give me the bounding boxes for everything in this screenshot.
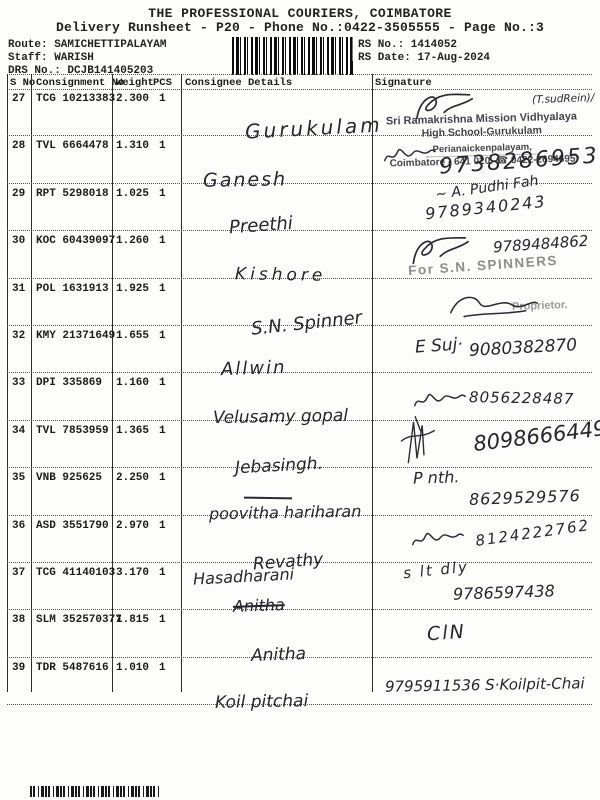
consignee-handwriting-struck: Anitha bbox=[233, 595, 285, 616]
signature-scribble-icon bbox=[445, 289, 541, 323]
cell-weight: 1.815 bbox=[116, 614, 149, 626]
cell-consignment-no: VNB 925625 bbox=[36, 472, 102, 484]
column-header-signature: Signature bbox=[375, 77, 432, 89]
column-header-pcs: PCS bbox=[153, 77, 172, 89]
consignee-handwriting: Anitha bbox=[251, 644, 307, 666]
table-row: 35 VNB 925625 2.250 1 poovitha hariharan… bbox=[7, 468, 592, 515]
delivery-runsheet-document: THE PROFESSIONAL COURIERS, COIMBATORE De… bbox=[0, 0, 600, 800]
consignee-handwriting: Koil pitchai bbox=[215, 691, 309, 713]
signature-handwriting: P nth. bbox=[413, 467, 460, 488]
cell-pcs: 1 bbox=[159, 188, 166, 200]
signature-scribble-icon bbox=[409, 526, 465, 554]
barcode-icon bbox=[30, 786, 160, 797]
cell-sno: 34 bbox=[12, 425, 25, 437]
column-header-consignee: Consignee Details bbox=[185, 77, 292, 89]
consignee-handwriting: Ganesh bbox=[203, 168, 287, 191]
rs-date-field: RS Date: 17-Aug-2024 bbox=[358, 52, 490, 64]
cell-pcs: 1 bbox=[159, 662, 166, 674]
cell-pcs: 1 bbox=[159, 330, 166, 342]
page-title: THE PROFESSIONAL COURIERS, COIMBATORE bbox=[0, 6, 600, 21]
signature-phone-handwriting: 8124222762 bbox=[474, 516, 591, 550]
cell-sno: 27 bbox=[12, 93, 25, 105]
table-header-row: S No Consignment No Weight PCS Consignee… bbox=[7, 74, 592, 90]
cell-pcs: 1 bbox=[159, 614, 166, 626]
table-row: 36 ASD 3551790 2.970 1 Revathy 812422276… bbox=[7, 516, 592, 563]
cell-weight: 2.970 bbox=[116, 520, 149, 532]
consignee-handwriting: Allwin bbox=[221, 357, 287, 380]
cell-consignment-no: TCG 10213383 bbox=[36, 93, 115, 105]
column-header-weight: Weight bbox=[116, 77, 154, 89]
cell-sno: 37 bbox=[12, 567, 25, 579]
cell-sno: 35 bbox=[12, 472, 25, 484]
cell-weight: 1.260 bbox=[116, 235, 149, 247]
cell-pcs: 1 bbox=[159, 425, 166, 437]
cell-pcs: 1 bbox=[159, 140, 166, 152]
table-row: 29 RPT 5298018 1.025 1 Preethi ~ A. Pudh… bbox=[7, 184, 592, 231]
signature-scribble-icon bbox=[411, 387, 467, 415]
signature-scribble-icon bbox=[381, 142, 437, 170]
cell-consignment-no: POL 1631913 bbox=[36, 283, 109, 295]
cell-sno: 36 bbox=[12, 520, 25, 532]
signature-phone-handwriting: 8098666449 bbox=[472, 416, 600, 456]
cell-pcs: 1 bbox=[159, 472, 166, 484]
cell-weight: 1.160 bbox=[116, 377, 149, 389]
cell-pcs: 1 bbox=[159, 235, 166, 247]
signature-scribble-icon bbox=[391, 415, 443, 467]
consignee-handwriting: Kishore bbox=[235, 264, 327, 286]
cell-sno: 33 bbox=[12, 377, 25, 389]
cell-weight: 3.170 bbox=[116, 567, 149, 579]
cell-sno: 39 bbox=[12, 662, 25, 674]
cell-consignment-no: ASD 3551790 bbox=[36, 520, 109, 532]
cell-pcs: 1 bbox=[159, 567, 166, 579]
cell-weight: 2.250 bbox=[116, 472, 149, 484]
cell-weight: 1.010 bbox=[116, 662, 149, 674]
signature-handwriting: E Suj· bbox=[414, 334, 463, 357]
staff-field: Staff: WARISH bbox=[8, 52, 94, 64]
cell-consignment-no: RPT 5298018 bbox=[36, 188, 109, 200]
table-body: 27 TCG 10213383 2.300 1 Gurukulam (T.sud… bbox=[7, 89, 592, 705]
rs-no-field: RS No.: 1414052 bbox=[358, 39, 457, 51]
cell-sno: 29 bbox=[12, 188, 25, 200]
signature-phone-handwriting: 8056228487 bbox=[469, 388, 575, 408]
cell-consignment-no: KMY 21371649 bbox=[36, 330, 115, 342]
cell-consignment-no: TVL 7853959 bbox=[36, 425, 109, 437]
table-row: 34 TVL 7853959 1.365 1 Jebasingh. 809866… bbox=[7, 421, 592, 468]
cell-sno: 28 bbox=[12, 140, 25, 152]
cell-sno: 32 bbox=[12, 330, 25, 342]
barcode-icon bbox=[232, 37, 354, 75]
signature-phone-handwriting: 9795911536 S·Koilpit-Chai bbox=[385, 674, 585, 695]
consignee-handwriting: poovitha hariharan bbox=[209, 501, 362, 523]
signature-handwriting: (T.sudRein)/ bbox=[532, 92, 595, 106]
consignee-handwriting: Hasadharani bbox=[193, 564, 295, 588]
cell-consignment-no: TVL 6664478 bbox=[36, 140, 109, 152]
cell-consignment-no: TDR 5487616 bbox=[36, 662, 109, 674]
table-row: 33 DPI 335869 1.160 1 Velusamy gopal 805… bbox=[7, 373, 592, 420]
cell-pcs: 1 bbox=[159, 93, 166, 105]
cell-pcs: 1 bbox=[159, 377, 166, 389]
signature-phone-handwriting: 9786597438 bbox=[453, 581, 555, 604]
cell-pcs: 1 bbox=[159, 520, 166, 532]
cell-consignment-no: TCG 41140103 bbox=[36, 567, 115, 579]
cell-consignment-no: DPI 335869 bbox=[36, 377, 102, 389]
cell-sno: 30 bbox=[12, 235, 25, 247]
cell-weight: 1.310 bbox=[116, 140, 149, 152]
page-subtitle: Delivery Runsheet - P20 - Phone No.:0422… bbox=[0, 20, 600, 35]
runsheet-table: S No Consignment No Weight PCS Consignee… bbox=[0, 74, 600, 692]
consignee-handwriting: Velusamy gopal bbox=[213, 406, 348, 428]
cell-consignment-no: SLM 352570377 bbox=[36, 614, 122, 626]
cell-consignment-no: KOC 60439097 bbox=[36, 235, 115, 247]
signature-phone-handwriting: 9080382870 bbox=[469, 335, 578, 361]
table-row: 31 POL 1631913 1.925 1 S.N. Spinner bbox=[7, 279, 592, 326]
header-divider-line bbox=[352, 37, 353, 61]
cell-pcs: 1 bbox=[159, 283, 166, 295]
cell-weight: 2.300 bbox=[116, 93, 149, 105]
cell-weight: 1.365 bbox=[116, 425, 149, 437]
cell-sno: 31 bbox=[12, 283, 25, 295]
table-row: 39 TDR 5487616 1.010 1 Koil pitchai 9795… bbox=[7, 658, 592, 705]
signature-phone-handwriting: 8629529576 bbox=[469, 486, 581, 509]
route-field: Route: SAMICHETTIPALAYAM bbox=[8, 39, 166, 51]
cell-weight: 1.655 bbox=[116, 330, 149, 342]
cell-weight: 1.925 bbox=[116, 283, 149, 295]
signature-phone-handwriting: 9789484862 bbox=[492, 232, 588, 257]
cell-sno: 38 bbox=[12, 614, 25, 626]
cell-weight: 1.025 bbox=[116, 188, 149, 200]
column-header-consignment: Consignment No bbox=[36, 77, 124, 89]
table-row: 38 SLM 352570377 1.815 1 Anitha ClN bbox=[7, 610, 592, 657]
signature-handwriting: ClN bbox=[426, 621, 466, 646]
